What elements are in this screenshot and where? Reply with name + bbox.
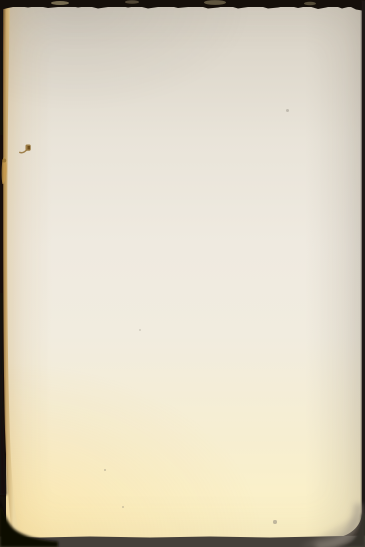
scan-root <box>0 0 365 547</box>
deckle-highlight <box>204 0 226 5</box>
paper-speck <box>286 109 289 112</box>
deckle-highlight <box>125 0 139 4</box>
paper-speck <box>273 520 276 523</box>
deckle-highlight <box>51 1 69 5</box>
book-page <box>6 7 362 538</box>
deckle-highlight <box>304 2 316 6</box>
